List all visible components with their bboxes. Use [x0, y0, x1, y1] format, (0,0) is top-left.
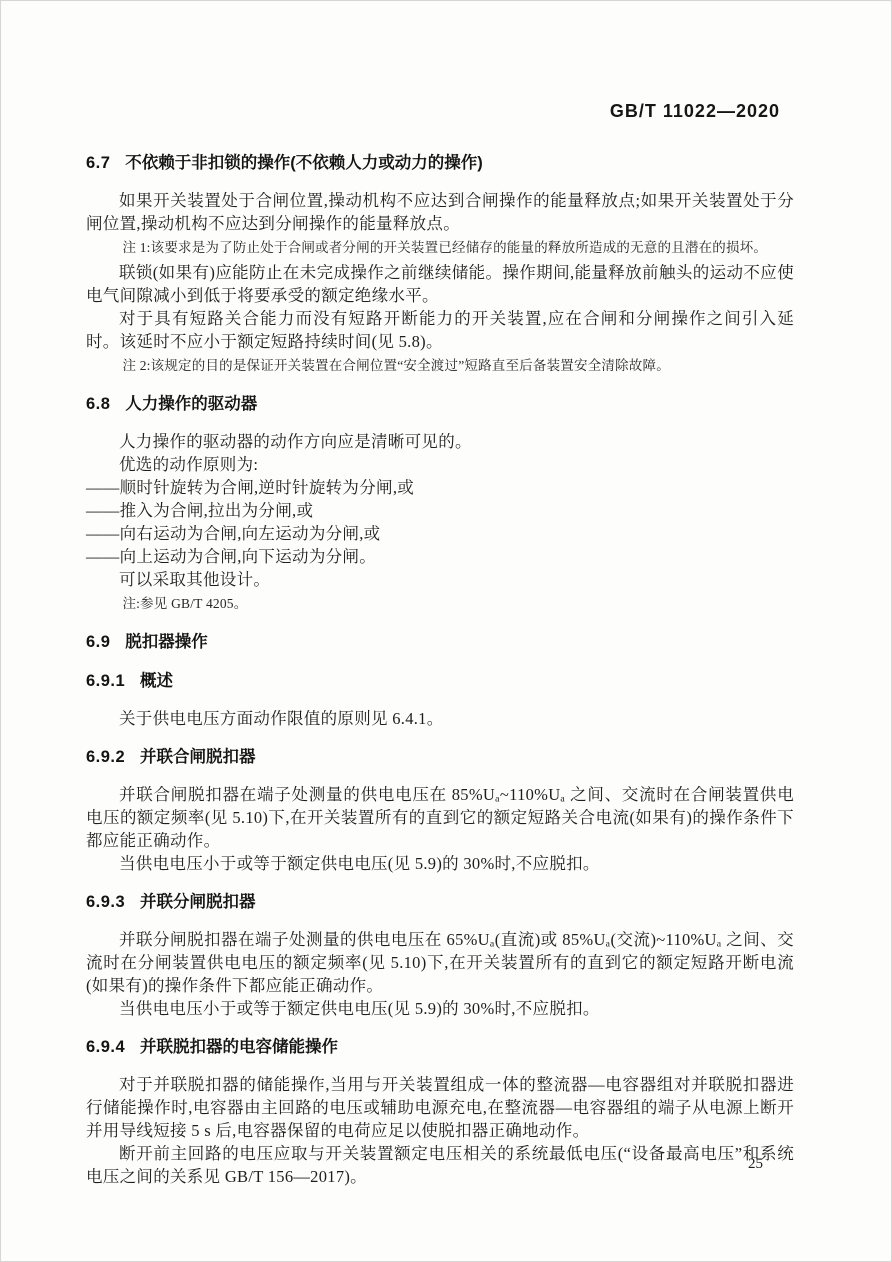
- list-item: ——向上运动为合闸,向下运动为分闸。: [86, 545, 794, 568]
- section-number: 6.9: [86, 633, 110, 651]
- section-heading-6-9-3: 6.9.3并联分闸脱扣器: [86, 891, 794, 914]
- paragraph: 如果开关装置处于合闸位置,操动机构不应达到合闸操作的能量释放点;如果开关装置处于…: [86, 189, 794, 235]
- paragraph: 当供电电压小于或等于额定供电电压(见 5.9)的 30%时,不应脱扣。: [86, 852, 794, 875]
- paragraph: 断开前主回路的电压应取与开关装置额定电压相关的系统最低电压(“设备最高电压”和系…: [86, 1142, 794, 1188]
- page-number: 25: [748, 1156, 763, 1173]
- section-heading-6-9-4: 6.9.4并联脱扣器的电容储能操作: [86, 1036, 794, 1059]
- paragraph: 当供电电压小于或等于额定供电电压(见 5.9)的 30%时,不应脱扣。: [86, 997, 794, 1020]
- section-title: 并联分闸脱扣器: [140, 893, 256, 911]
- section-title: 脱扣器操作: [125, 633, 208, 651]
- section-number: 6.9.3: [86, 893, 125, 911]
- section-heading-6-9-2: 6.9.2并联合闸脱扣器: [86, 746, 794, 769]
- list-item: ——顺时针旋转为合闸,逆时针旋转为分闸,或: [86, 476, 794, 499]
- scanned-standard-page: GB/T 11022—2020 6.7不依赖于非扣锁的操作(不依赖人力或动力的操…: [0, 0, 892, 1262]
- paragraph: 联锁(如果有)应能防止在未完成操作之前继续储能。操作期间,能量释放前触头的运动不…: [86, 261, 794, 307]
- section-title: 人力操作的驱动器: [125, 395, 257, 413]
- paragraph: 可以采取其他设计。: [86, 568, 794, 591]
- paragraph: 对于具有短路关合能力而没有短路开断能力的开关装置,应在合闸和分闸操作之间引入延时…: [86, 307, 794, 353]
- standard-number: GB/T 11022—2020: [610, 101, 780, 121]
- section-title: 并联合闸脱扣器: [140, 748, 256, 766]
- section-title: 概述: [140, 672, 173, 690]
- note: 注 2:该规定的目的是保证开关装置在合闸位置“安全渡过”短路直至后备装置安全清除…: [86, 355, 794, 377]
- section-heading-6-8: 6.8人力操作的驱动器: [86, 393, 794, 416]
- note: 注 1:该要求是为了防止处于合闸或者分闸的开关装置已经储存的能量的释放所造成的无…: [86, 237, 794, 259]
- section-heading-6-9: 6.9脱扣器操作: [86, 631, 794, 654]
- paragraph: 并联分闸脱扣器在端子处测量的供电电压在 65%Uₐ(直流)或 85%Uₐ(交流)…: [86, 928, 794, 997]
- paragraph: 优选的动作原则为:: [86, 453, 794, 476]
- paragraph: 并联合闸脱扣器在端子处测量的供电电压在 85%Uₐ~110%Uₐ 之间、交流时在…: [86, 783, 794, 852]
- section-heading-6-9-1: 6.9.1概述: [86, 670, 794, 693]
- section-title: 不依赖于非扣锁的操作(不依赖人力或动力的操作): [125, 154, 483, 172]
- list-item: ——推入为合闸,拉出为分闸,或: [86, 499, 794, 522]
- paragraph: 关于供电电压方面动作限值的原则见 6.4.1。: [86, 707, 794, 730]
- section-heading-6-7: 6.7不依赖于非扣锁的操作(不依赖人力或动力的操作): [86, 152, 794, 175]
- section-title: 并联脱扣器的电容储能操作: [140, 1038, 338, 1056]
- note: 注:参见 GB/T 4205。: [86, 593, 794, 615]
- section-number: 6.7: [86, 154, 110, 172]
- paragraph: 人力操作的驱动器的动作方向应是清晰可见的。: [86, 430, 794, 453]
- list-item: ——向右运动为合闸,向左运动为分闸,或: [86, 522, 794, 545]
- section-number: 6.8: [86, 395, 110, 413]
- section-number: 6.9.2: [86, 748, 125, 766]
- paragraph: 对于并联脱扣器的储能操作,当用与开关装置组成一体的整流器—电容器组对并联脱扣器进…: [86, 1073, 794, 1142]
- section-number: 6.9.4: [86, 1038, 125, 1056]
- section-number: 6.9.1: [86, 672, 125, 690]
- running-header: GB/T 11022—2020: [86, 101, 794, 122]
- document-content: GB/T 11022—2020 6.7不依赖于非扣锁的操作(不依赖人力或动力的操…: [86, 101, 794, 1188]
